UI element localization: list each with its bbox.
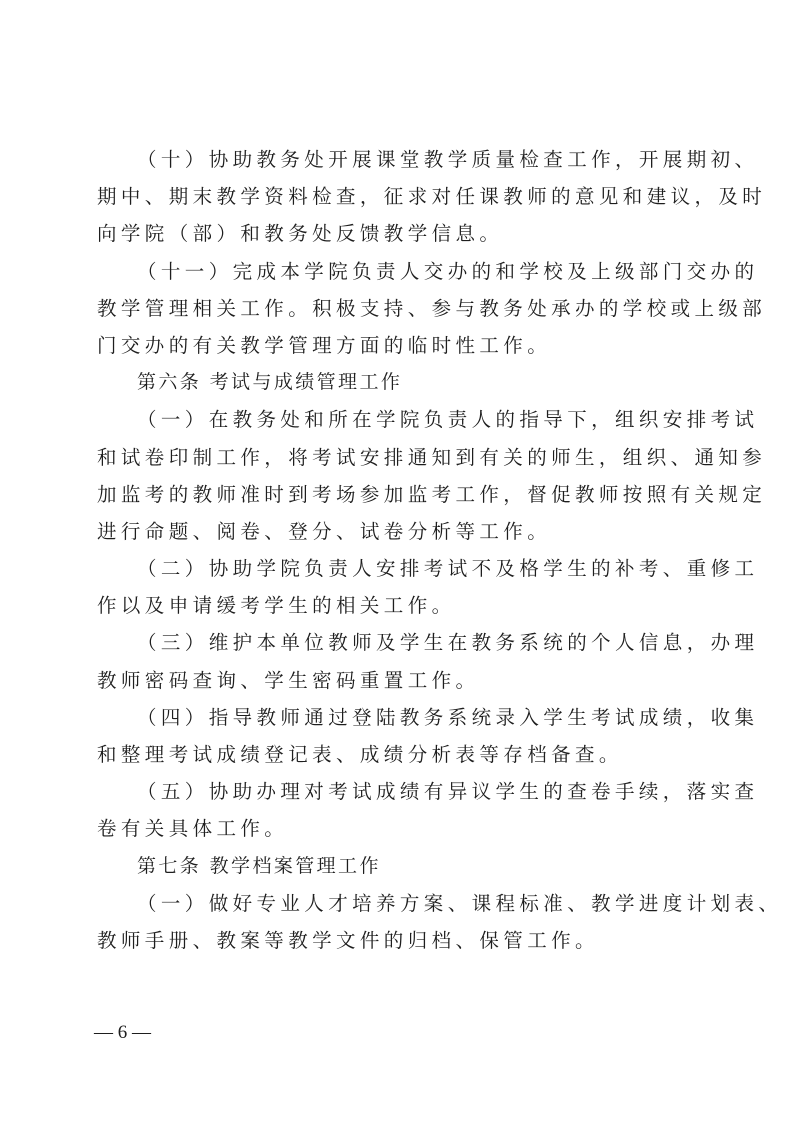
article-6-item-4-line-1: （四）指导教师通过登陆教务系统录入学生考试成绩，收集	[97, 699, 695, 736]
document-page: （十）协助教务处开展课堂教学质量检查工作，开展期初、 期中、期末教学资料检查，征…	[0, 0, 793, 1122]
article-6-item-1-line-2: 和试卷印制工作，将考试安排通知到有关的师生，组织、通知参	[97, 439, 695, 476]
article-6-item-2-line-2: 作以及申请缓考学生的相关工作。	[97, 587, 695, 624]
article-7-item-1-line-2: 教师手册、教案等教学文件的归档、保管工作。	[97, 922, 695, 959]
article-7-item-1-line-1: （一）做好专业人才培养方案、课程标准、教学进度计划表、	[97, 885, 695, 922]
article-6-item-4-line-2: 和整理考试成绩登记表、成绩分析表等存档备查。	[97, 736, 695, 773]
document-body: （十）协助教务处开展课堂教学质量检查工作，开展期初、 期中、期末教学资料检查，征…	[97, 141, 695, 959]
paragraph-10-line-2: 期中、期末教学资料检查，征求对任课教师的意见和建议，及时	[97, 178, 695, 215]
paragraph-11-line-2: 教学管理相关工作。积极支持、参与教务处承办的学校或上级部	[97, 290, 695, 327]
article-6-item-2-line-1: （二）协助学院负责人安排考试不及格学生的补考、重修工	[97, 550, 695, 587]
paragraph-10-line-1: （十）协助教务处开展课堂教学质量检查工作，开展期初、	[97, 141, 695, 178]
paragraph-11-line-3: 门交办的有关教学管理方面的临时性工作。	[97, 327, 695, 364]
article-6-item-5-line-1: （五）协助办理对考试成绩有异议学生的查卷手续，落实查	[97, 773, 695, 810]
article-7-heading: 第七条 教学档案管理工作	[97, 848, 695, 885]
page-number: — 6 —	[94, 1022, 151, 1044]
paragraph-11-line-1: （十一）完成本学院负责人交办的和学校及上级部门交办的	[97, 253, 695, 290]
paragraph-10-line-3: 向学院（部）和教务处反馈教学信息。	[97, 215, 695, 252]
article-6-item-5-line-2: 卷有关具体工作。	[97, 810, 695, 847]
article-6-heading: 第六条 考试与成绩管理工作	[97, 364, 695, 401]
article-6-item-3-line-1: （三）维护本单位教师及学生在教务系统的个人信息，办理	[97, 624, 695, 661]
article-6-item-3-line-2: 教师密码查询、学生密码重置工作。	[97, 662, 695, 699]
article-6-item-1-line-3: 加监考的教师准时到考场参加监考工作，督促教师按照有关规定	[97, 476, 695, 513]
article-6-item-1-line-4: 进行命题、阅卷、登分、试卷分析等工作。	[97, 513, 695, 550]
article-6-item-1-line-1: （一）在教务处和所在学院负责人的指导下，组织安排考试	[97, 401, 695, 438]
